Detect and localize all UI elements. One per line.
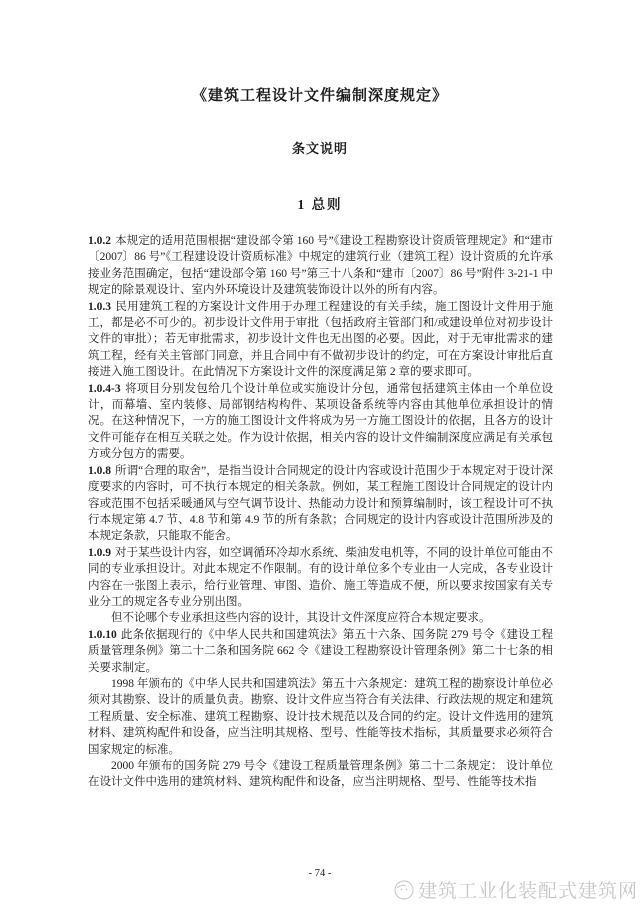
paragraph-text: 对于某些设计内容，如空调循环冷却水系统、柴油发电机等，不同的设计单位可能由不同的… [88,547,553,608]
paragraph: 1.0.3民用建筑工程的方案设计文件用于办理工程建设的有关手续，施工图设计文件用… [88,299,553,381]
paragraph-number: 1.0.9 [88,547,111,559]
paragraph-text: 将项目分别发包给几个设计单位或实施设计分包，通常包括建筑主体由一个单位设计，而幕… [88,383,553,461]
paragraph-number: 1.0.3 [88,301,111,313]
paragraph: 1.0.9对于某些设计内容，如空调循环冷却水系统、柴油发电机等，不同的设计单位可… [88,545,553,611]
paragraph-text: 2000 年颁布的国务院 279 号令《建设工程质量管理条例》第二十二条规定： … [88,760,553,788]
document-page: 《建筑工程设计文件编制深度规定》 条文说明 1 总则 1.0.2本规定的适用范围… [0,0,640,905]
paragraph: 2000 年颁布的国务院 279 号令《建设工程质量管理条例》第二十二条规定： … [88,758,553,791]
section-heading: 1 总则 [0,157,640,213]
paragraph-number: 1.0.10 [88,629,117,641]
paragraph-text: 所谓“合理的取舍”，是指当设计合同规定的设计内容或设计范围少于本规定对于设计深度… [88,465,553,543]
document-body: 1.0.2本规定的适用范围根据“建设部令第 160 号”《建设工程勘察设计资质管… [88,233,553,791]
watermark: 建筑工业化装配式建筑网 [393,876,638,903]
paragraph: 1.0.10此条依据现行的《中华人民共和国建筑法》第五十六条、国务院 279 号… [88,627,553,676]
paragraph: 1.0.8所谓“合理的取舍”，是指当设计合同规定的设计内容或设计范围少于本规定对… [88,463,553,545]
page-title: 《建筑工程设计文件编制深度规定》 [0,0,640,105]
paragraph: 1998 年颁布的《中华人民共和国建筑法》第五十六条规定：建筑工程的勘察设计单位… [88,676,553,758]
paragraph: 但不论哪个专业承担这些内容的设计，其设计文件深度应符合本规定要求。 [88,610,553,626]
paragraph: 1.0.4-3将项目分别发包给几个设计单位或实施设计分包，通常包括建筑主体由一个… [88,381,553,463]
paragraph-text: 本规定的适用范围根据“建设部令第 160 号”《建设工程勘察设计资质管理规定》和… [88,235,553,296]
paragraph-number: 1.0.4-3 [88,383,121,395]
paragraph-number: 1.0.8 [88,465,111,477]
paragraph-text: 1998 年颁布的《中华人民共和国建筑法》第五十六条规定：建筑工程的勘察设计单位… [88,678,553,756]
watermark-text: 建筑工业化装配式建筑网 [418,876,638,903]
swirl-logo-icon [393,879,415,901]
paragraph-text: 但不论哪个专业承担这些内容的设计，其设计文件深度应符合本规定要求。 [111,612,491,624]
paragraph-number: 1.0.2 [88,235,111,247]
doc-subtitle: 条文说明 [0,105,640,157]
paragraph-text: 此条依据现行的《中华人民共和国建筑法》第五十六条、国务院 279 号令《建设工程… [88,629,553,674]
paragraph-text: 民用建筑工程的方案设计文件用于办理工程建设的有关手续，施工图设计文件用于施工，都… [88,301,553,379]
paragraph: 1.0.2本规定的适用范围根据“建设部令第 160 号”《建设工程勘察设计资质管… [88,233,553,299]
